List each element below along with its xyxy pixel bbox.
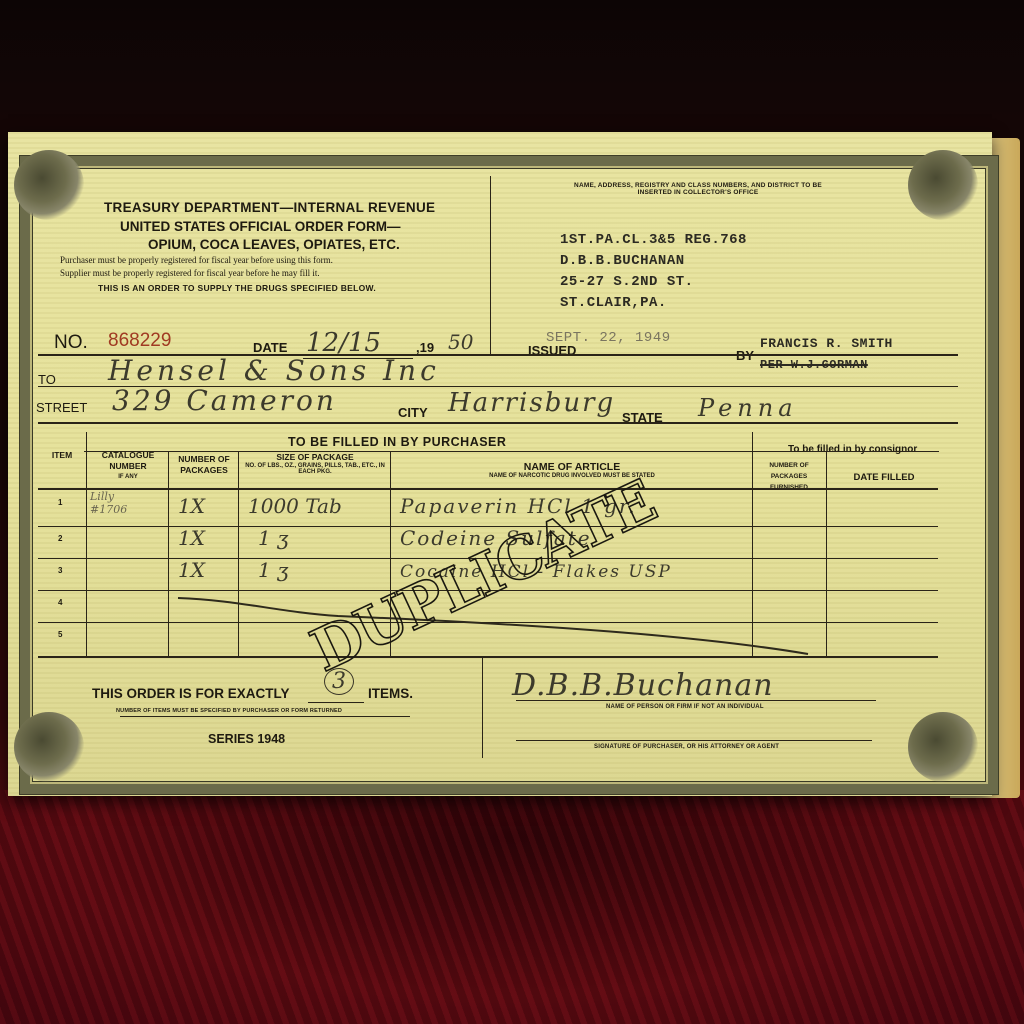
items-label: ITEMS. — [368, 686, 413, 701]
scroll-ornament-icon — [14, 712, 84, 782]
item-count[interactable]: 3 — [324, 668, 354, 695]
scroll-ornament-icon — [908, 150, 978, 220]
issued-by: FRANCIS R. SMITH — [760, 336, 893, 351]
row-size[interactable]: 1 ʒ — [258, 526, 288, 550]
row-size[interactable]: 1000 Tab — [248, 494, 342, 518]
col-item: ITEM — [38, 450, 86, 461]
signature[interactable]: D.B.B.Buchanan — [512, 668, 774, 703]
col-divider — [826, 452, 827, 656]
row-catalogue[interactable]: Lilly #1706 — [90, 490, 150, 516]
header-line-2: UNITED STATES OFFICIAL ORDER FORM— — [120, 219, 401, 234]
registrant-city: ST.CLAIR,PA. — [560, 295, 667, 311]
consignor-section-heading: To be filled in by consignor — [788, 444, 917, 455]
row-item-number: 2 — [58, 534, 62, 543]
row-item-number: 4 — [58, 598, 62, 607]
row-packages[interactable]: 1X — [178, 494, 205, 518]
city-field[interactable]: Harrisburg — [448, 388, 615, 418]
name-line — [516, 700, 876, 701]
scroll-ornament-icon — [908, 712, 978, 782]
rule — [38, 488, 938, 490]
velvet-background — [0, 790, 1024, 1024]
number-label: NO. — [54, 332, 88, 354]
rule — [120, 716, 410, 717]
header-line-3: OPIUM, COCA LEAVES, OPIATES, ETC. — [148, 237, 400, 252]
purchaser-note: Purchaser must be properly registered fo… — [60, 255, 333, 265]
city-label: CITY — [398, 405, 428, 420]
signature-caption: SIGNATURE OF PURCHASER, OR HIS ATTORNEY … — [594, 744, 779, 750]
footer-divider — [482, 658, 483, 758]
to-label: TO — [38, 372, 56, 387]
to-field[interactable]: Hensel & Sons Inc — [108, 354, 440, 387]
state-field[interactable]: Penna — [698, 394, 798, 422]
rule — [38, 422, 958, 424]
rule — [84, 451, 939, 452]
registrant-street: 25-27 S.2ND ST. — [560, 274, 694, 290]
signature-line — [516, 740, 872, 741]
exactly-note: NUMBER OF ITEMS MUST BE SPECIFIED BY PUR… — [116, 708, 342, 714]
header-divider — [490, 176, 491, 354]
issued-by-struck: PER W.J.GORMAN — [760, 358, 868, 372]
year-prefix: ,19 — [416, 340, 434, 355]
street-label: STREET — [36, 400, 87, 415]
row-size[interactable]: 1 ʒ — [258, 558, 288, 582]
col-size: SIZE OF PACKAGE NO. OF LBS., OZ., GRAINS… — [240, 452, 390, 475]
count-underline — [308, 702, 364, 703]
col-catalogue: CATALOGUE NUMBER IF ANY — [88, 450, 168, 483]
row-item-number: 3 — [58, 566, 62, 575]
row-packages[interactable]: 1X — [178, 558, 205, 582]
series-label: SERIES 1948 — [208, 732, 285, 746]
col-date-filled: DATE FILLED — [828, 472, 940, 483]
row-item-number: 5 — [58, 630, 62, 639]
scroll-ornament-icon — [14, 150, 84, 220]
col-packages: NUMBER OF PACKAGES — [170, 454, 238, 476]
collector-instruction: NAME, ADDRESS, REGISTRY AND CLASS NUMBER… — [538, 182, 858, 196]
purchaser-section-heading: TO BE FILLED IN BY PURCHASER — [288, 435, 506, 449]
date-label: DATE — [253, 340, 287, 355]
supplier-note: Supplier must be properly registered for… — [60, 268, 320, 278]
year-field[interactable]: 50 — [448, 330, 473, 354]
col-divider — [86, 432, 87, 656]
name-caption: NAME OF PERSON OR FIRM IF NOT AN INDIVID… — [606, 704, 764, 710]
registry-number: 1ST.PA.CL.3&5 REG.768 — [560, 232, 747, 248]
col-divider — [168, 452, 169, 656]
street-field[interactable]: 329 Cameron — [112, 384, 337, 417]
order-number: 868229 — [108, 330, 171, 352]
row-item-number: 1 — [58, 498, 62, 507]
row-packages[interactable]: 1X — [178, 526, 205, 550]
header-line-1: TREASURY DEPARTMENT—INTERNAL REVENUE — [104, 200, 435, 215]
order-note: THIS IS AN ORDER TO SUPPLY THE DRUGS SPE… — [98, 283, 376, 293]
registrant-name: D.B.B.BUCHANAN — [560, 253, 685, 269]
exactly-label: THIS ORDER IS FOR EXACTLY — [92, 686, 290, 701]
order-form: TREASURY DEPARTMENT—INTERNAL REVENUE UNI… — [8, 132, 992, 796]
col-article: NAME OF ARTICLE NAME OF NARCOTIC DRUG IN… — [392, 462, 752, 479]
